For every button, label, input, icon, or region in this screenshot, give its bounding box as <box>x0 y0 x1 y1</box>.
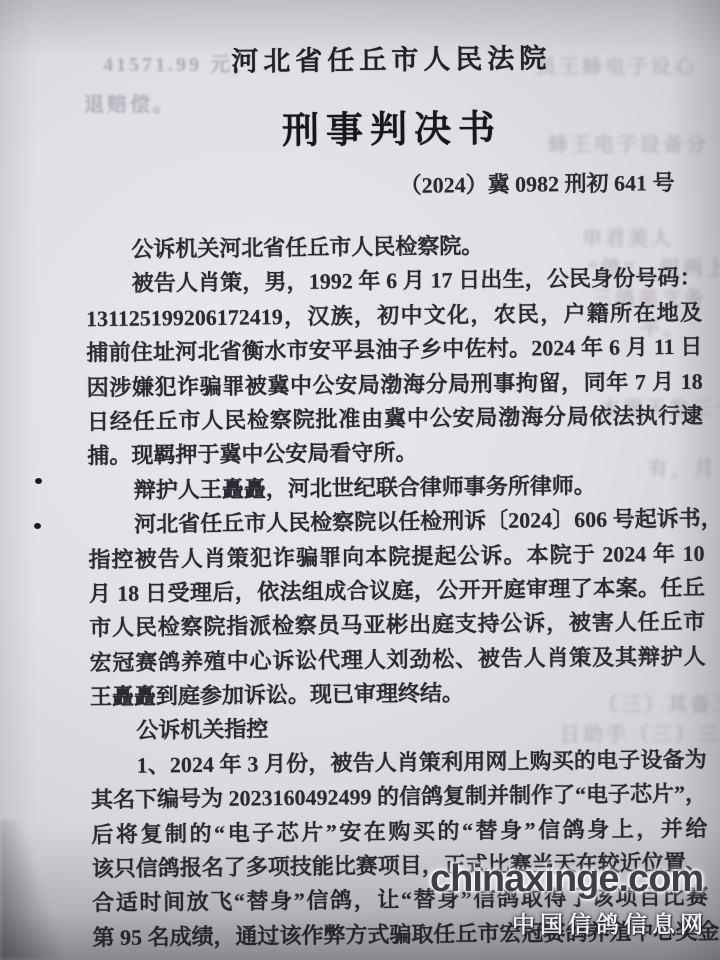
ink-dot <box>35 478 42 484</box>
paper-edge-shadow <box>0 820 64 960</box>
document-page: 河北省任丘市人民法院 刑事判决书 （2024）冀 0982 刑初 641 号 公… <box>83 35 709 956</box>
judgment-photo: 41571.99 元， 退赔偿。 员王蜂电子设心 蜂王电子设备分 申君美人 “鸽… <box>0 0 720 960</box>
body-line: 宏冠赛鸽养殖中心诉讼代理人刘劲松、被告人肖策及其辩护人 <box>89 639 705 680</box>
ink-dot <box>34 523 41 529</box>
body-line: 河北省任丘市人民检察院以任检刑诉〔2024〕606 号起诉书， <box>88 502 704 543</box>
document-body: 公诉机关河北省任丘市人民检察院。 被告人肖策，男，1992 年 6 月 17 日… <box>85 227 709 956</box>
body-line: 日经任丘市人民检察院批准由冀中公安局渤海分局依法执行逮 <box>87 399 703 440</box>
case-number: （2024）冀 0982 刑初 641 号 <box>84 166 700 203</box>
document-title: 刑事判决书 <box>84 96 701 156</box>
body-line: 捕前住址河北省衡水市安平县油子乡中佐村。2024 年 6 月 11 日 <box>86 330 702 371</box>
court-name: 河北省任丘市人民法院 <box>83 35 699 80</box>
watermark-site-url: chinaxinge.com <box>430 858 703 901</box>
watermark-site-name: 中国信鸽信息网 <box>512 906 708 939</box>
